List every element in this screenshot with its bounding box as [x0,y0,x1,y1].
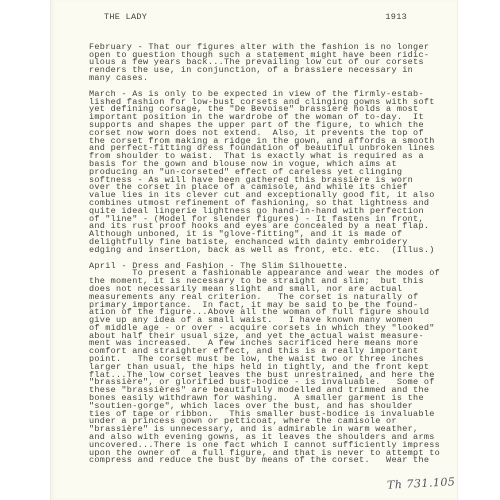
paragraph-april: April - Dress and Fashion - The Slim Sil… [89,263,449,466]
paragraph-march: March - As is only to be expected in vie… [89,91,449,255]
handwritten-reference-number: Th 731.105 [387,475,456,492]
publication-year: 1913 [385,14,407,22]
page-header: THE LADY 1913 [89,14,407,22]
typewritten-content: THE LADY 1913 February - That our figure… [89,0,449,465]
scanned-document: THE LADY 1913 February - That our figure… [0,0,500,500]
paragraph-february: February - That our figures alter with t… [89,44,449,83]
paper-page: THE LADY 1913 February - That our figure… [50,0,458,500]
publication-title: THE LADY [104,14,147,22]
